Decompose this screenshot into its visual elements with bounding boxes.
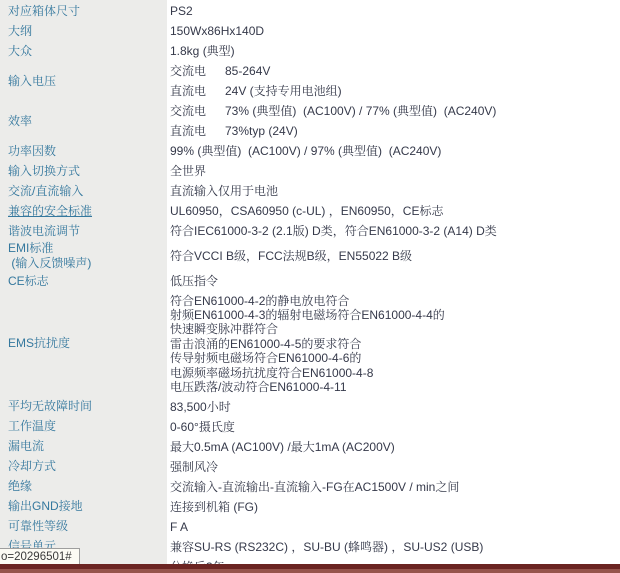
spec-row-outline: 大纲 150Wx86Hx140D: [0, 21, 620, 41]
spec-label: EMS抗扰度: [0, 291, 167, 397]
spec-label: 谐波电流调节: [0, 221, 167, 241]
spec-subvalue: 直流电73%typ (24V): [170, 121, 620, 141]
spec-value: 交流输入-直流输出-直流输入-FG在AC1500V / min之间: [170, 477, 620, 497]
spec-label: 输入电压: [0, 61, 167, 101]
spec-value: 强制风冷: [170, 457, 620, 477]
spec-label: 大众: [0, 41, 167, 61]
spec-row-harmonic-current: 谐波电流调节 符合IEC61000-3-2 (2.1版) D类，符合EN6100…: [0, 221, 620, 241]
spec-row-emi-standard: EMI标准 (输入反馈噪声) 符合VCCI B级，FCC法规B级，EN55022…: [0, 241, 620, 271]
spec-value-line: 雷击浪涌的EN61000-4-5的要求符合: [170, 337, 620, 351]
spec-row-input-voltage: 输入电压 交流电85-264V 直流电24V (支持专用电池组): [0, 61, 620, 101]
spec-label: 对应箱体尺寸: [0, 1, 167, 21]
spec-value: 0-60°摄氏度: [170, 417, 620, 437]
spec-label: 兼容的安全标准: [0, 201, 167, 221]
spec-row-safety-standards: 兼容的安全标准 UL60950，CSA60950 (c-UL) ，EN60950…: [0, 201, 620, 221]
spec-value: UL60950，CSA60950 (c-UL) ，EN60950，CE标志: [170, 201, 620, 221]
spec-label: CE标志: [0, 271, 167, 291]
spec-label: 平均无故障时间: [0, 397, 167, 417]
spec-subvalue: 交流电85-264V: [170, 61, 620, 81]
spec-row-efficiency: 效率 交流电73% (典型值) (AC100V) / 77% (典型值) (AC…: [0, 101, 620, 141]
spec-row-input-switching: 输入切换方式 全世界: [0, 161, 620, 181]
spec-label: 漏电流: [0, 437, 167, 457]
spec-value-line: 符合EN61000-4-2的静电放电符合: [170, 294, 620, 308]
spec-value-line: 传导射频电磁场符合EN61000-4-6的: [170, 351, 620, 365]
spec-label: 大纲: [0, 21, 167, 41]
spec-row-ems-immunity: EMS抗扰度 符合EN61000-4-2的静电放电符合 射频EN61000-4-…: [0, 291, 620, 397]
spec-value-line: 电压跌落/波动符合EN61000-4-11: [170, 380, 620, 394]
spec-value: 83,500小时: [170, 397, 620, 417]
spec-value-line: 电源频率磁场抗扰度符合EN61000-4-8: [170, 366, 620, 380]
spec-label: 交流/直流输入: [0, 181, 167, 201]
spec-row-leakage-current: 漏电流 最大0.5mA (AC100V) /最大1mA (AC200V): [0, 437, 620, 457]
spec-row-cooling: 冷却方式 强制风冷: [0, 457, 620, 477]
spec-subvalue: 交流电73% (典型值) (AC100V) / 77% (典型值) (AC240…: [170, 101, 620, 121]
spec-label: 输入切换方式: [0, 161, 167, 181]
spec-value: 99% (典型值) (AC100V) / 97% (典型值) (AC240V): [170, 141, 620, 161]
spec-label: 绝缘: [0, 477, 167, 497]
spec-row-insulation: 绝缘 交流输入-直流输出-直流输入-FG在AC1500V / min之间: [0, 477, 620, 497]
spec-row-power-factor: 功率因数 99% (典型值) (AC100V) / 97% (典型值) (AC2…: [0, 141, 620, 161]
spec-subvalue: 直流电24V (支持专用电池组): [170, 81, 620, 101]
spec-label: 效率: [0, 101, 167, 141]
spec-value: 全世界: [170, 161, 620, 181]
spec-row-signal-unit: 信号单元 兼容SU-RS (RS232C) ，SU-BU (蜂鸣器) ，SU-U…: [0, 537, 620, 557]
spec-table: 对应箱体尺寸 PS2 大纲 150Wx86Hx140D 大众 1.8kg (典型…: [0, 0, 620, 573]
spec-row-mtbf: 平均无故障时间 83,500小时: [0, 397, 620, 417]
spec-value: 最大0.5mA (AC100V) /最大1mA (AC200V): [170, 437, 620, 457]
safety-standards-link[interactable]: 兼容的安全标准: [8, 204, 92, 219]
spec-label: 可靠性等级: [0, 517, 167, 537]
spec-value: F A: [170, 517, 620, 537]
spec-value: 兼容SU-RS (RS232C) ，SU-BU (蜂鸣器) ，SU-US2 (U…: [170, 537, 620, 557]
spec-value: 低压指令: [170, 271, 620, 291]
spec-row-ac-dc-input: 交流/直流输入 直流输入仅用于电池: [0, 181, 620, 201]
spec-value: 连接到机箱 (FG): [170, 497, 620, 517]
spec-value: 符合IEC61000-3-2 (2.1版) D类，符合EN61000-3-2 (…: [170, 221, 620, 241]
spec-value: 直流输入仅用于电池: [170, 181, 620, 201]
spec-label: 冷却方式: [0, 457, 167, 477]
spec-row-operating-temp: 工作温度 0-60°摄氏度: [0, 417, 620, 437]
spec-value: PS2: [170, 1, 620, 21]
spec-value: 150Wx86Hx140D: [170, 21, 620, 41]
spec-row-ce-marking: CE标志 低压指令: [0, 271, 620, 291]
spec-row-weight: 大众 1.8kg (典型): [0, 41, 620, 61]
bottom-toolbar-edge: [0, 564, 620, 573]
spec-row-chassis-size: 对应箱体尺寸 PS2: [0, 1, 620, 21]
spec-row-reliability-grade: 可靠性等级 F A: [0, 517, 620, 537]
spec-value: 符合VCCI B级，FCC法规B级，EN55022 B级: [170, 246, 620, 266]
spec-value-line: 射频EN61000-4-3的辐射电磁场符合EN61000-4-4的: [170, 308, 620, 322]
link-status-text: o=20296501#: [1, 551, 72, 563]
spec-label: 输出GND接地: [0, 497, 167, 517]
spec-row-output-gnd: 输出GND接地 连接到机箱 (FG): [0, 497, 620, 517]
spec-value-line: 快速瞬变脉冲群符合: [170, 322, 620, 336]
spec-label: EMI标准 (输入反馈噪声): [0, 241, 167, 271]
spec-label: 功率因数: [0, 141, 167, 161]
spec-label: 工作温度: [0, 417, 167, 437]
spec-value: 1.8kg (典型): [170, 41, 620, 61]
